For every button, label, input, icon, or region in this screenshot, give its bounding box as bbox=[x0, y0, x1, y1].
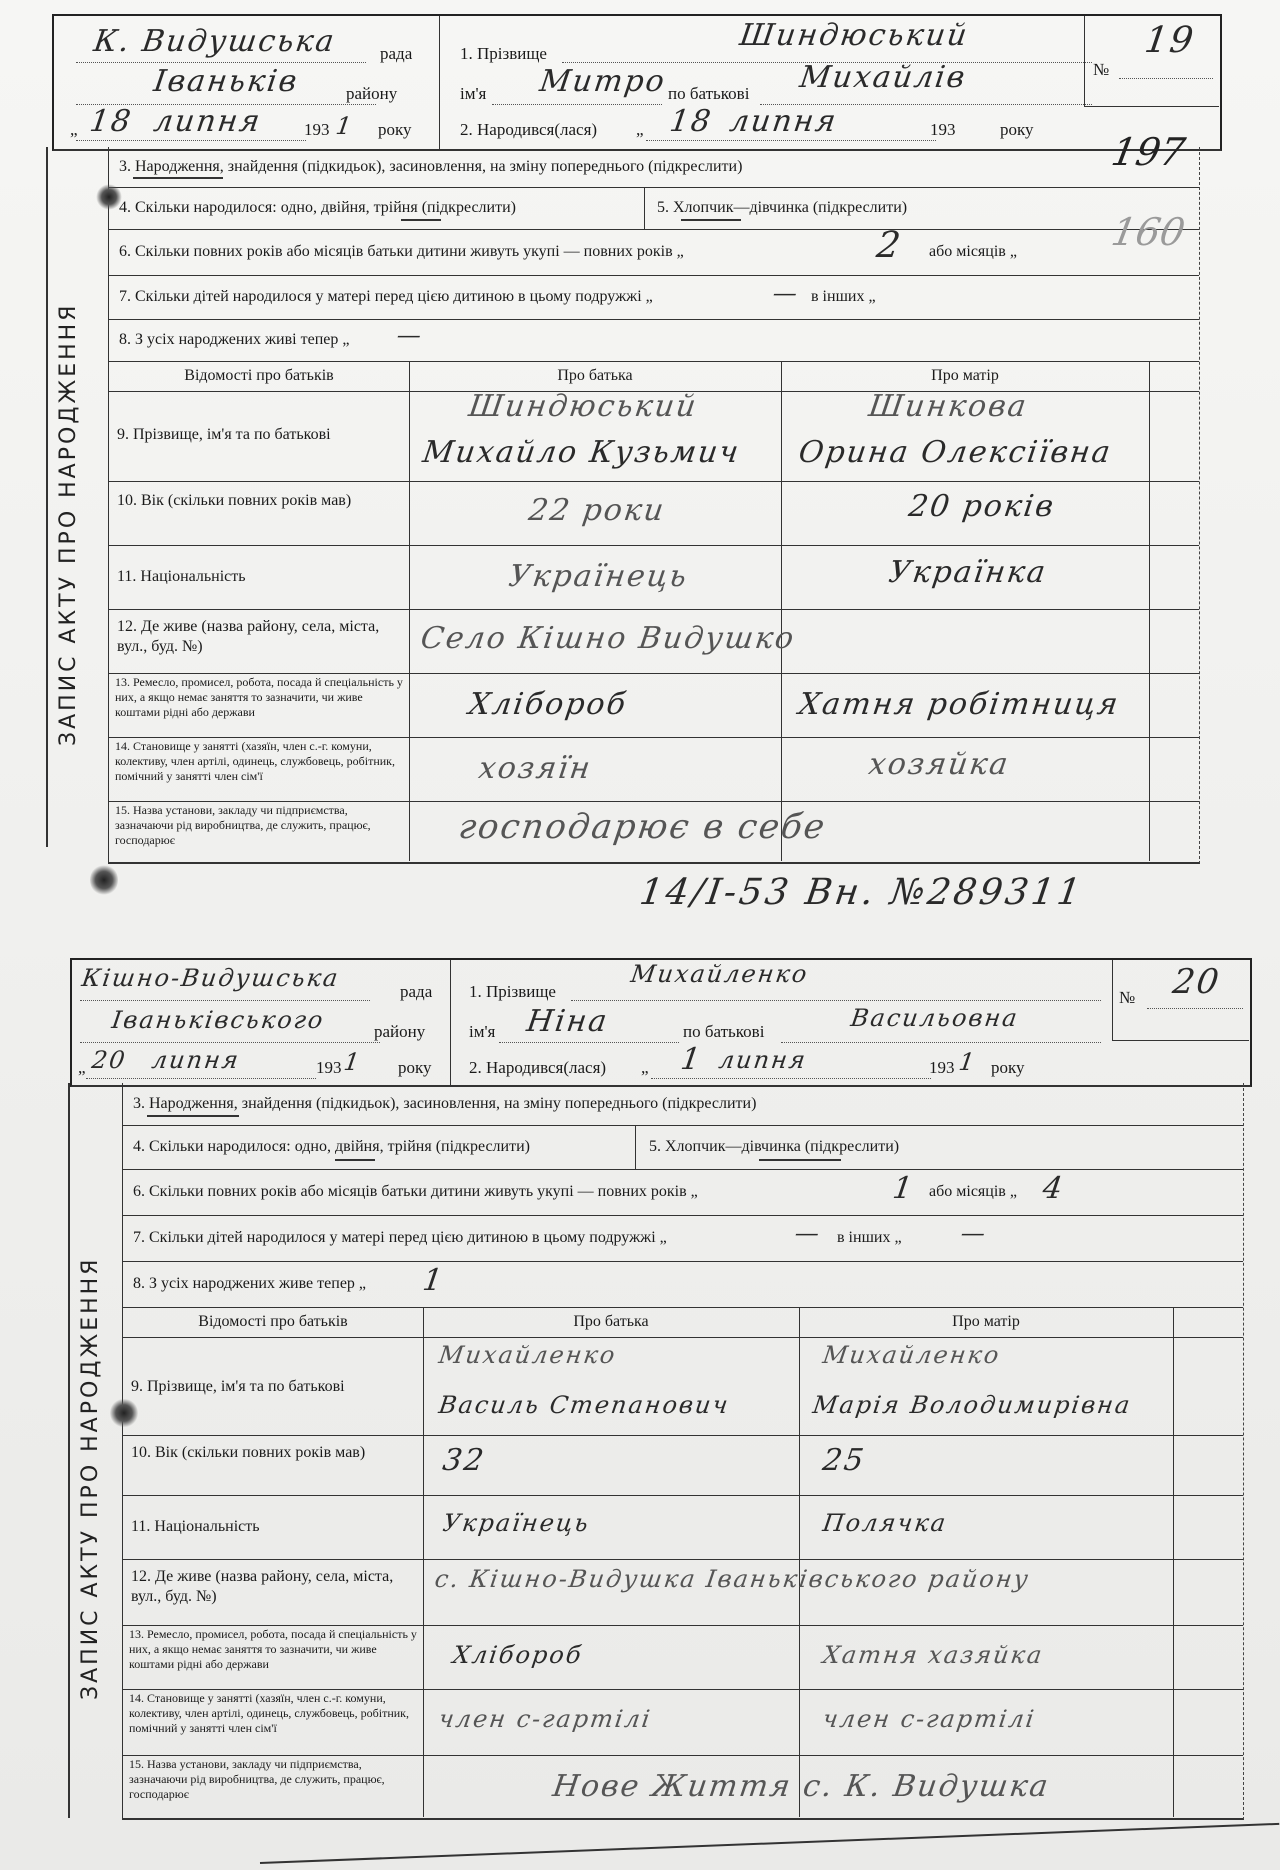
born-label: 2. Народився(лася) bbox=[460, 120, 597, 140]
born-day: 1 bbox=[679, 1042, 705, 1077]
father-name-1: Михайленко bbox=[437, 1341, 618, 1369]
born-month: липня bbox=[728, 104, 840, 139]
surname-label: 1. Прізвище bbox=[469, 982, 556, 1002]
child-identity-block: 1. Прізвище Михайленко ім'я Ніна по бать… bbox=[451, 960, 1111, 1085]
mother-age: 20 років bbox=[907, 489, 1058, 524]
record-header: Кішно-Видушська рада Іваньківського райо… bbox=[70, 958, 1252, 1087]
patronymic-label: по батькові bbox=[683, 1022, 764, 1042]
number-sign: № bbox=[1119, 988, 1135, 1008]
raion-label: району bbox=[374, 1022, 425, 1042]
born-month: липня bbox=[717, 1046, 809, 1074]
row-q13: 13. Ремесло, промисел, робота, посада й … bbox=[123, 1625, 1243, 1690]
q14-label: 14. Становище у занятті (хазяїн, член с.… bbox=[129, 1691, 419, 1736]
side-rule bbox=[68, 1083, 70, 1818]
q11-label: 11. Національність bbox=[117, 567, 246, 587]
record-header: К. Видушська рада Іваньків району „ 18 л… bbox=[52, 14, 1222, 151]
row-q15: 15. Назва установи, закладу чи підприємс… bbox=[123, 1755, 1243, 1817]
reg-year-prefix: 193 bbox=[316, 1058, 342, 1078]
reg-day: 18 bbox=[88, 104, 135, 139]
mother-position: член с-гартілі bbox=[821, 1705, 1038, 1733]
name-value: Ніна bbox=[525, 1004, 611, 1039]
q3-text: 3. Народження, знайдення (підкидьок), за… bbox=[133, 1095, 756, 1113]
mother-occupation: Хатня хазяйка bbox=[821, 1641, 1045, 1669]
father-name-1: Шиндюський bbox=[467, 389, 700, 424]
q7-before: — bbox=[793, 1219, 823, 1247]
father-workplace: господарює в себе bbox=[456, 807, 829, 847]
q6-years: 2 bbox=[874, 225, 905, 266]
born-day: 18 bbox=[668, 104, 715, 139]
reg-month: липня bbox=[152, 104, 264, 139]
row-q8: 8. З усіх народжених живе тепер „ 1 bbox=[123, 1261, 1243, 1308]
mother-nationality: Українка bbox=[887, 555, 1050, 590]
father-position: член с-гартілі bbox=[437, 1705, 654, 1733]
th-info: Відомості про батьків bbox=[109, 367, 409, 385]
row-q7: 7. Скільки дітей народилося у матері пер… bbox=[109, 275, 1199, 320]
q6-months-label: або місяців „ bbox=[929, 243, 1017, 261]
q4-text: 4. Скільки народилося: одно, двійня, трі… bbox=[119, 199, 516, 217]
row-q8: 8. З усіх народжених живі тепер „ — bbox=[109, 319, 1199, 362]
reg-year-prefix: 193 bbox=[304, 120, 330, 140]
row-q3: 3. Народження, знайдення (підкидьок), за… bbox=[123, 1083, 1243, 1126]
surname-value: Шиндюський bbox=[738, 18, 971, 53]
q15-label: 15. Назва установи, закладу чи підприємс… bbox=[129, 1757, 419, 1802]
q5-text: 5. Хлопчик—дівчинка (підкреслити) bbox=[649, 1138, 899, 1156]
side-label: ЗАПИС АКТУ ПРО НАРОДЖЕННЯ bbox=[56, 214, 92, 834]
row-q10: 10. Вік (скільки повних років мав) 32 25 bbox=[123, 1435, 1243, 1496]
reg-year-suffix: 1 bbox=[342, 1048, 363, 1076]
father-residence: Село Кішно Видушко bbox=[419, 621, 798, 656]
row-q12: 12. Де живе (назва району, села, міста, … bbox=[123, 1559, 1243, 1626]
q6-years: 1 bbox=[891, 1171, 917, 1206]
born-roku: року bbox=[1000, 120, 1034, 140]
registry-office-block: К. Видушська рада Іваньків району „ 18 л… bbox=[54, 16, 440, 149]
q3-text: 3. Народження, знайдення (підкидьок), за… bbox=[119, 158, 742, 176]
record-body: 3. Народження, знайдення (підкидьок), за… bbox=[108, 147, 1200, 864]
q3-underline bbox=[147, 1115, 239, 1117]
q15-label: 15. Назва установи, закладу чи підприємс… bbox=[115, 803, 405, 848]
q12-label: 12. Де живе (назва району, села, міста, … bbox=[117, 617, 402, 657]
q5-underline bbox=[759, 1159, 841, 1161]
row-q10: 10. Вік (скільки повних років мав) 22 ро… bbox=[109, 481, 1199, 546]
roku-label: року bbox=[378, 120, 412, 140]
hole-punch-stain bbox=[96, 184, 122, 210]
record-number-box: № 20 bbox=[1112, 960, 1249, 1041]
th-father: Про батька bbox=[409, 367, 781, 385]
father-nationality: Українець bbox=[507, 559, 691, 594]
row-q11: 11. Національність Українець Українка bbox=[109, 545, 1199, 610]
rada-label: рада bbox=[400, 982, 432, 1002]
q8-text: 8. З усіх народжених живі тепер „ bbox=[119, 331, 349, 349]
q6-text: 6. Скільки повних років або місяців бать… bbox=[119, 243, 684, 261]
q7-before: — bbox=[771, 279, 801, 307]
record-number: 20 bbox=[1170, 962, 1223, 1002]
father-name-2: Михайло Кузьмич bbox=[421, 435, 743, 470]
rada-value: Кішно-Видушська bbox=[80, 964, 341, 992]
q9-label: 9. Прізвище, ім'я та по батькові bbox=[131, 1377, 427, 1397]
rada-value: К. Видушська bbox=[92, 24, 338, 59]
reg-day: 20 bbox=[90, 1046, 128, 1074]
q3-underline bbox=[133, 177, 223, 179]
th-mother: Про матір bbox=[799, 1313, 1173, 1331]
name-label: ім'я bbox=[469, 1022, 495, 1042]
q6-text: 6. Скільки повних років або місяців бать… bbox=[133, 1183, 698, 1201]
q4-underline bbox=[335, 1159, 375, 1161]
row-q13: 13. Ремесло, промисел, робота, посада й … bbox=[109, 673, 1199, 738]
mother-name-1: Михайленко bbox=[821, 1341, 1002, 1369]
born-year-prefix: 193 bbox=[930, 120, 956, 140]
row-q12: 12. Де живе (назва району, села, міста, … bbox=[109, 609, 1199, 674]
hole-punch-stain bbox=[90, 864, 118, 896]
row-q14: 14. Становище у занятті (хазяїн, член с.… bbox=[123, 1689, 1243, 1756]
number-sign: № bbox=[1093, 60, 1109, 80]
record-number: 19 bbox=[1142, 20, 1198, 61]
row-q15: 15. Назва установи, закладу чи підприємс… bbox=[109, 801, 1199, 861]
q8-alive: 1 bbox=[421, 1263, 447, 1298]
th-father: Про батька bbox=[423, 1313, 799, 1331]
record-body: 3. Народження, знайдення (підкидьок), за… bbox=[122, 1083, 1244, 1820]
raion-label: району bbox=[346, 84, 397, 104]
row-q7: 7. Скільки дітей народилося у матері пер… bbox=[123, 1215, 1243, 1262]
margin-annotation-2: 160 bbox=[1108, 210, 1188, 254]
reg-month: липня bbox=[150, 1046, 242, 1074]
surname-value: Михайленко bbox=[629, 960, 810, 988]
patronymic-value: Михайлів bbox=[798, 60, 969, 95]
mother-age: 25 bbox=[821, 1443, 868, 1478]
raion-value: Іваньків bbox=[152, 64, 301, 99]
q10-label: 10. Вік (скільки повних років мав) bbox=[131, 1443, 416, 1463]
q13-label: 13. Ремесло, промисел, робота, посада й … bbox=[129, 1627, 419, 1672]
q7-text: 7. Скільки дітей народилося у матері пер… bbox=[133, 1229, 667, 1247]
row-q4-q5: 4. Скільки народилося: одно, двійня, трі… bbox=[123, 1125, 1243, 1170]
father-age: 22 роки bbox=[527, 493, 668, 528]
father-occupation: Хлібороб bbox=[451, 1641, 585, 1669]
row-q9: 9. Прізвище, ім'я та по батькові Шиндюсь… bbox=[109, 391, 1199, 482]
hole-punch-stain bbox=[110, 1398, 138, 1428]
patronymic-value: Васильовна bbox=[849, 1004, 1021, 1032]
mother-name-1: Шинкова bbox=[867, 389, 1031, 424]
father-age: 32 bbox=[441, 1443, 488, 1478]
row-q14: 14. Становище у занятті (хазяїн, член с.… bbox=[109, 737, 1199, 802]
born-year-suffix: 1 bbox=[957, 1048, 978, 1076]
q7-other-label: в інших „ bbox=[837, 1229, 902, 1247]
born-label: 2. Народився(лася) bbox=[469, 1058, 606, 1078]
q7-other-label: в інших „ bbox=[811, 288, 876, 306]
patronymic-label: по батькові bbox=[668, 84, 749, 104]
side-label: ЗАПИС АКТУ ПРО НАРОДЖЕННЯ bbox=[78, 1158, 114, 1798]
child-identity-block: 1. Прізвище Шиндюський ім'я Митро по бат… bbox=[440, 16, 1120, 149]
surname-label: 1. Прізвище bbox=[460, 44, 547, 64]
q7-other: — bbox=[959, 1219, 989, 1247]
birth-record-19: К. Видушська рада Іваньків району „ 18 л… bbox=[52, 14, 1220, 862]
row-q6: 6. Скільки повних років або місяців бать… bbox=[109, 229, 1199, 276]
row-q6: 6. Скільки повних років або місяців бать… bbox=[123, 1169, 1243, 1216]
born-year-prefix: 193 bbox=[929, 1058, 955, 1078]
margin-annotation-1: 197 bbox=[1108, 130, 1188, 174]
rada-label: рада bbox=[380, 44, 412, 64]
name-label: ім'я bbox=[460, 84, 486, 104]
th-mother: Про матір bbox=[781, 367, 1149, 385]
q7-text: 7. Скільки дітей народилося у матері пер… bbox=[119, 288, 653, 306]
q5-underline bbox=[681, 219, 741, 221]
side-rule bbox=[46, 147, 48, 847]
mother-name-2: Орина Олексіївна bbox=[797, 435, 1115, 470]
row-q9: 9. Прізвище, ім'я та по батькові Михайле… bbox=[123, 1337, 1243, 1436]
born-roku: року bbox=[991, 1058, 1025, 1078]
birth-record-20: Кішно-Видушська рада Іваньківського райо… bbox=[70, 958, 1250, 1828]
registry-office-block: Кішно-Видушська рада Іваньківського райо… bbox=[72, 960, 451, 1085]
mother-nationality: Полячка bbox=[821, 1509, 949, 1537]
mother-occupation: Хатня робітниця bbox=[797, 687, 1122, 722]
raion-value: Іваньківського bbox=[110, 1006, 326, 1034]
row-q4-q5: 4. Скільки народилося: одно, двійня, трі… bbox=[109, 187, 1199, 230]
name-value: Митро bbox=[538, 64, 669, 99]
parents-table-header: Відомості про батьків Про батька Про мат… bbox=[109, 361, 1199, 392]
q6-months: 4 bbox=[1041, 1171, 1067, 1206]
q13-label: 13. Ремесло, промисел, робота, посада й … bbox=[115, 675, 405, 720]
record-number-box: № 19 bbox=[1084, 16, 1219, 107]
row-q3: 3. Народження, знайдення (підкидьок), за… bbox=[109, 147, 1199, 188]
q4-underline bbox=[401, 219, 441, 221]
q10-label: 10. Вік (скільки повних років мав) bbox=[117, 491, 402, 511]
father-residence: с. Кішно-Видушка Іваньківського району bbox=[433, 1565, 1032, 1593]
mother-name-2: Марія Володимирівна bbox=[811, 1391, 1133, 1419]
th-info: Відомості про батьків bbox=[123, 1313, 423, 1331]
father-name-2: Василь Степанович bbox=[437, 1391, 731, 1419]
mother-position: хозяйка bbox=[867, 747, 1012, 782]
reg-year-suffix: 1 bbox=[334, 112, 355, 140]
q6-months-label: або місяців „ bbox=[929, 1183, 1017, 1201]
q12-label: 12. Де живе (назва району, села, міста, … bbox=[131, 1567, 416, 1607]
footer-note: 14/І-53 Вн. №289311 bbox=[637, 872, 1086, 913]
q8-text: 8. З усіх народжених живе тепер „ bbox=[133, 1275, 366, 1293]
q5-text: 5. Хлопчик—дівчинка (підкреслити) bbox=[657, 199, 907, 217]
q8-alive: — bbox=[395, 321, 425, 349]
q11-label: 11. Національність bbox=[131, 1517, 260, 1537]
row-q11: 11. Національність Українець Полячка bbox=[123, 1495, 1243, 1560]
father-position: хозяїн bbox=[477, 751, 594, 786]
father-workplace: Нове Життя с. К. Видушка bbox=[551, 1769, 1052, 1804]
roku-label: року bbox=[398, 1058, 432, 1078]
q9-label: 9. Прізвище, ім'я та по батькові bbox=[117, 425, 407, 445]
father-nationality: Українець bbox=[441, 1509, 592, 1537]
q14-label: 14. Становище у занятті (хазяїн, член с.… bbox=[115, 739, 405, 784]
q4-text: 4. Скільки народилося: одно, двійня, трі… bbox=[133, 1138, 530, 1156]
parents-table-header: Відомості про батьків Про батька Про мат… bbox=[123, 1307, 1243, 1338]
father-occupation: Хлібороб bbox=[467, 687, 630, 722]
